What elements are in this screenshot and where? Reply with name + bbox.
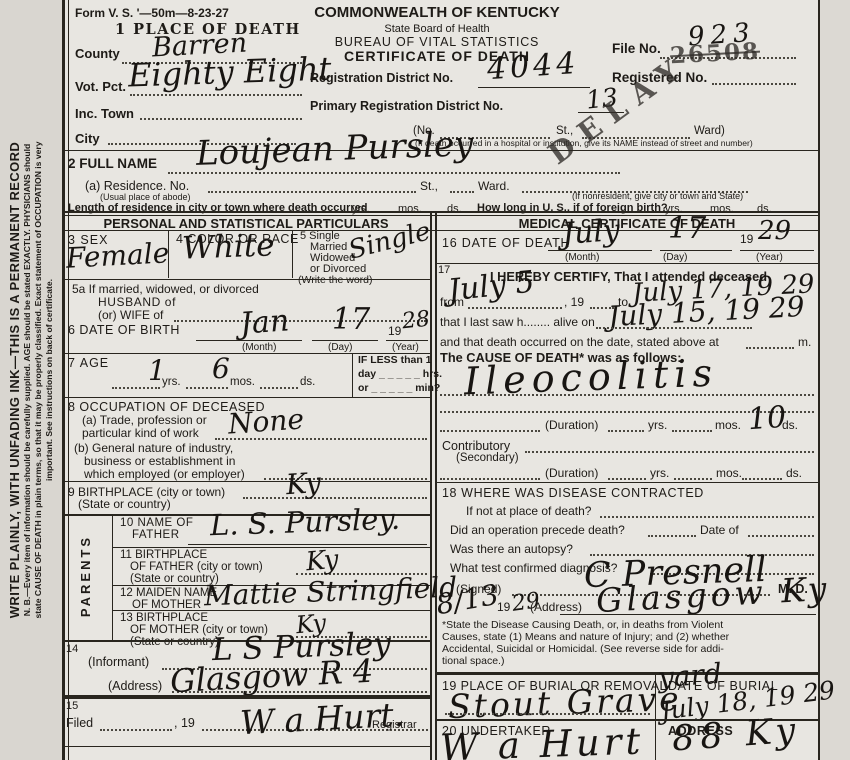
full-name-value: Loujean Pursley	[195, 127, 473, 171]
duration-mos-line	[672, 430, 712, 432]
howlong-mos: mos.	[710, 204, 734, 215]
margin-headline: WRITE PLAINLY, WITH UNFADING INK—THIS IS…	[7, 0, 22, 760]
contributory-underline	[436, 482, 818, 483]
dob-year-line	[386, 340, 428, 341]
sex-value: Female	[65, 239, 170, 272]
dob-month-cap: (Month)	[242, 343, 276, 353]
residence-st-line	[450, 191, 474, 193]
wife-of-label: (or) WIFE of	[98, 309, 163, 321]
undertaker-value: W a Hurt	[439, 722, 644, 760]
occupation-b3: which employed (or employer)	[84, 468, 245, 480]
dod-day-line	[660, 250, 732, 251]
dod-year-line	[740, 250, 814, 251]
autopsy-label: Was there an autopsy?	[450, 543, 573, 555]
dob-month-line	[196, 340, 302, 341]
column-divider-left	[430, 211, 432, 760]
ward-label-top: Ward)	[694, 126, 725, 138]
vot-pct-line	[130, 94, 302, 96]
full-name-label: 2 FULL NAME	[68, 157, 157, 171]
parents-label: PARENTS	[64, 514, 110, 638]
length-yrs: yrs.	[352, 204, 370, 215]
county-label: County	[75, 47, 120, 60]
from-line	[468, 307, 562, 309]
signed-19-printed: 19	[497, 601, 510, 613]
wife-of-line	[174, 320, 426, 322]
column-divider-right	[435, 211, 437, 760]
footnote-line-4: tional space.)	[442, 656, 504, 667]
marital-line-5: (Write the word)	[298, 275, 373, 286]
death-at-m-label: m.	[798, 336, 811, 348]
occupation-b2: business or establishment in	[84, 455, 235, 467]
burial-place-value-2: yard	[657, 660, 723, 692]
last-saw-label: that I last saw h........ alive on	[440, 316, 595, 328]
filed-row-underline	[62, 746, 430, 747]
duration-mos-label: mos.	[715, 419, 741, 431]
contributory-label: Contributory	[442, 440, 510, 453]
sex-row-underline	[62, 279, 430, 280]
date-of-line	[748, 535, 814, 537]
duration2-mos-label: mos.	[716, 467, 742, 479]
physician-address-value: Glasgow Ky	[595, 572, 831, 617]
filed-19-label: , 19	[174, 717, 195, 730]
margin-note-2: state CAUSE OF DEATH in plain terms, so …	[33, 0, 44, 760]
primary-district-label: Primary Registration District No.	[310, 100, 503, 113]
occupation-a2: particular kind of work	[82, 427, 199, 439]
race-value: White	[181, 230, 275, 264]
dob-day-cap: (Day)	[328, 343, 352, 353]
not-at-place-label: If not at place of death?	[466, 505, 591, 517]
dod-month-cap: (Month)	[565, 253, 599, 263]
vot-pct-label: Vot. Pct.	[75, 80, 126, 93]
dod-month-line	[548, 250, 652, 251]
filed-line-1	[100, 729, 172, 731]
footnote-line-1: *State the Disease Causing Death, or, in…	[442, 620, 723, 631]
burial-heavy-rule	[436, 672, 818, 675]
age-months-line	[186, 387, 228, 389]
secondary-label: (Secondary)	[456, 453, 519, 465]
father-bp-value: Ky	[305, 547, 340, 576]
abode-note: (Usual place of abode)	[100, 193, 191, 202]
duration-yrs-label: yrs.	[648, 419, 667, 431]
form-number: Form V. S. '—50m—8-23-27	[75, 7, 229, 19]
length-ds: ds.	[447, 204, 462, 215]
age-years-line	[112, 387, 160, 389]
dob-day-line	[312, 340, 378, 341]
where-disease-label: 18 WHERE WAS DISEASE CONTRACTED	[442, 487, 704, 500]
dob-label: 6 DATE OF BIRTH	[68, 324, 180, 337]
dod-label: 16 DATE OF DEATH	[442, 237, 570, 250]
informant-address-value: Glasgow R 4	[169, 655, 374, 698]
father-name-line	[188, 544, 427, 545]
dob-month-value: Jan	[239, 306, 290, 339]
dod-day-value: 17	[668, 214, 706, 244]
death-certificate-scan: WRITE PLAINLY, WITH UNFADING INK—THIS IS…	[0, 0, 850, 760]
residence-ward-label: Ward.	[478, 180, 510, 192]
duration2-ds-line	[742, 478, 782, 480]
age-months-value: 6	[212, 355, 230, 383]
duration2-lead-line	[440, 478, 540, 480]
last-saw-line	[596, 327, 752, 329]
dob-19-printed: 19	[388, 325, 401, 337]
informant-label: (Informant)	[88, 656, 149, 669]
residence-label: (a) Residence. No.	[85, 180, 189, 193]
date-of-label: Date of	[700, 524, 739, 536]
dob-year-cap: (Year)	[392, 343, 419, 353]
file-no-label: File No.	[612, 42, 661, 56]
dod-19-printed: 19	[740, 233, 753, 245]
dod-month-value: July	[561, 216, 621, 250]
commonwealth-title: COMMONWEALTH OF KENTUCKY	[298, 5, 576, 20]
form-right-border	[818, 0, 820, 760]
mother-bp-label-1: 13 BIRTHPLACE	[120, 613, 208, 625]
duration-ds-label: ds.	[782, 419, 798, 431]
inc-town-label: Inc. Town	[75, 107, 134, 120]
nonresident-note: (If nonresident, give city or town and S…	[572, 192, 743, 201]
father-bp-label-2: OF FATHER (city or town)	[130, 562, 263, 574]
margin-instructions: WRITE PLAINLY, WITH UNFADING INK—THIS IS…	[0, 0, 62, 760]
residence-line	[208, 191, 416, 193]
age-yrs-label: yrs.	[162, 377, 181, 389]
registration-district-line	[478, 87, 590, 88]
undertaker-address-value: 88 Ky	[671, 714, 802, 758]
duration-lead-line	[440, 430, 540, 432]
from-19-label: , 19	[564, 296, 584, 308]
married-note: 5a If married, widowed, or divorced	[72, 283, 259, 295]
duration2-label: (Duration)	[545, 467, 598, 479]
if-less-line-2: day _ _ _ _ _ hrs.	[358, 369, 442, 380]
filed-number: 15	[66, 701, 78, 712]
husband-of-label: HUSBAND of	[98, 296, 176, 308]
inc-town-line	[140, 118, 302, 120]
not-at-place-line	[600, 516, 814, 518]
occupation-a1: (a) Trade, profession or	[82, 414, 207, 426]
if-less-line-3: or _ _ _ _ _ min?	[358, 383, 440, 394]
dob-day-value: 17	[332, 305, 370, 335]
father-row-underline	[112, 547, 430, 548]
registrar-label: Registrar	[372, 720, 417, 731]
birthplace-line	[243, 497, 427, 499]
father-name-value: L. S. Pursley.	[210, 505, 401, 541]
howlong-ds: ds.	[757, 204, 772, 215]
operation-label: Did an operation precede death?	[450, 524, 625, 536]
duration2-mos-line	[674, 478, 712, 480]
city-label: City	[75, 132, 100, 145]
operation-line	[648, 535, 696, 537]
parents-inner-divider	[112, 514, 113, 640]
occupation-a-value: None	[227, 405, 305, 438]
age-days-line	[260, 387, 298, 389]
physician-address-label: (Address)	[530, 601, 582, 613]
margin-note-3: important. See instructions on back of c…	[44, 0, 55, 760]
dod-row-underline	[436, 263, 818, 264]
paper-right-edge	[820, 0, 850, 760]
mother-row-underline	[112, 610, 430, 611]
cause-line-1	[440, 394, 814, 396]
last-saw-value: July 15, 19 29	[607, 293, 805, 331]
from-value: July 5	[447, 268, 536, 307]
father-name-label-2: FATHER	[132, 530, 180, 542]
dod-day-cap: (Day)	[663, 253, 687, 263]
duration2-yrs-line	[608, 478, 646, 480]
registration-district-value: 4044	[486, 49, 580, 85]
mother-name-label-1: 12 MAIDEN NAME	[120, 588, 217, 600]
mother-bp-label-3: (State or country)	[130, 637, 219, 649]
burial-place-value: Stout Grave	[447, 682, 682, 723]
father-name-label-1: 10 NAME OF	[120, 518, 193, 530]
contributory-line	[525, 451, 814, 453]
birthplace-sub: (State or country)	[78, 498, 171, 510]
informant-number: 14	[66, 644, 78, 655]
informant-address-label: (Address)	[108, 680, 162, 693]
length-mos: mos.	[398, 204, 422, 215]
board-title: State Board of Health	[298, 24, 576, 35]
footnote-line-3: Accidental, Suicidal or Homicidal. (See …	[442, 644, 724, 655]
residence-st-label: St.,	[420, 180, 438, 192]
duration2-yrs-label: yrs.	[650, 467, 669, 479]
registered-no-line	[712, 83, 796, 85]
duration-yrs-line	[608, 430, 644, 432]
sex-race-divider	[168, 231, 169, 278]
burial-place-line	[445, 713, 650, 715]
bureau-title: BUREAU OF VITAL STATISTICS	[298, 36, 576, 49]
death-at-label: and that death occurred on the date, sta…	[440, 336, 719, 348]
dob-year-value: 28	[401, 309, 431, 334]
father-bp-label-1: 11 BIRTHPLACE	[120, 550, 207, 562]
dod-year-cap: (Year)	[756, 253, 783, 263]
dod-year-value: 29	[758, 218, 791, 244]
mother-name-value: Mattie Stringfield	[204, 574, 458, 611]
birthplace-value: Ky	[285, 469, 322, 499]
age-row-underline	[62, 397, 430, 398]
physician-address-line	[560, 614, 816, 615]
race-marital-divider	[292, 231, 293, 278]
occupation-underline	[62, 481, 430, 482]
death-at-line	[746, 347, 794, 349]
registration-district-label: Registration District No.	[310, 72, 453, 85]
age-ds-label: ds.	[300, 377, 315, 389]
signed-date-value: 8/13	[434, 581, 501, 619]
footnote-line-2: Causes, state (1) Means and nature of In…	[442, 632, 729, 643]
age-mos-label: mos.	[230, 377, 255, 389]
filed-label: Filed	[66, 717, 93, 730]
margin-note-1: N. B.—Every item of information should b…	[22, 0, 33, 760]
if-less-line-1: IF LESS than 1	[358, 355, 432, 366]
age-label: 7 AGE	[68, 357, 109, 370]
form-left-border	[62, 0, 65, 760]
age-ifless-divider	[352, 353, 353, 397]
duration-label: (Duration)	[545, 419, 598, 431]
occupation-b1: (b) General nature of industry,	[74, 442, 233, 454]
duration2-ds-label: ds.	[786, 467, 802, 479]
